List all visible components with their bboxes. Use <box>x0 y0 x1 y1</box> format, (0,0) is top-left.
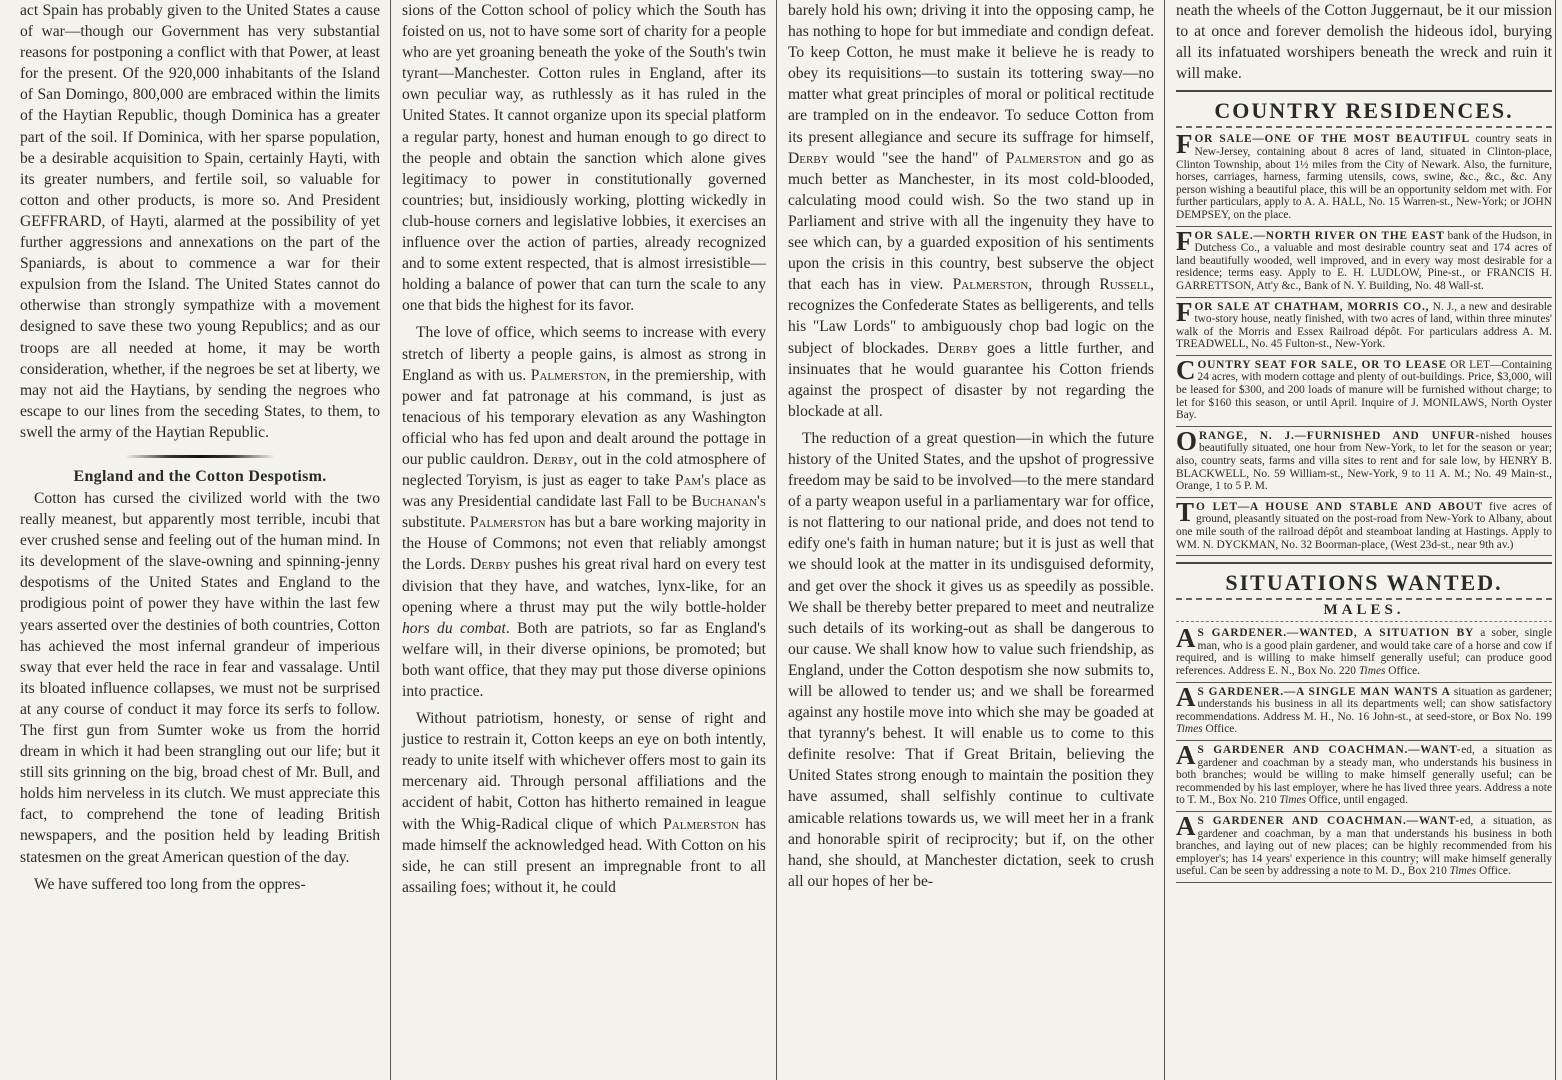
ad-tail: Office. <box>1476 865 1511 877</box>
paragraph-juggernaut: neath the wheels of the Cotton Juggernau… <box>1176 0 1552 84</box>
drop-cap: A <box>1176 815 1196 838</box>
column-4: neath the wheels of the Cotton Juggernau… <box>1166 0 1562 1080</box>
drop-cap: F <box>1176 133 1193 156</box>
drop-cap: O <box>1176 430 1197 453</box>
name-palmerston: Palmerston <box>663 816 739 833</box>
classified-ad: AS GARDENER AND COACHMAN.—WANT-ed, a sit… <box>1176 812 1552 883</box>
drop-cap: A <box>1176 744 1196 767</box>
classified-ad: COUNTRY SEAT FOR SALE, OR TO LEASE OR LE… <box>1176 356 1552 427</box>
ad-tail: Office. <box>1385 665 1420 677</box>
ad-lead: S GARDENER AND COACHMAN.—WANT- <box>1198 815 1460 827</box>
classified-ad: FOR SALE AT CHATHAM, MORRIS CO., N. J., … <box>1176 298 1552 356</box>
article-title: England and the Cotton Despotism. <box>20 468 380 486</box>
name-derby: Derby <box>788 150 829 167</box>
ad-lead: O LET—A HOUSE AND STABLE AND ABOUT <box>1196 501 1483 513</box>
column-3: barely hold his own; driving it into the… <box>778 0 1164 1080</box>
ad-italic: Times <box>1450 865 1477 877</box>
name-palmerston: Palmerston <box>1006 150 1082 167</box>
name-derby: Derby <box>533 451 574 468</box>
classified-ad: AS GARDENER AND COACHMAN.—WANT-ed, a sit… <box>1176 741 1552 812</box>
ad-italic: Times <box>1176 723 1203 735</box>
paragraph-cotton-cursed: Cotton has cursed the civilized world wi… <box>20 488 380 868</box>
ad-italic: Times <box>1279 794 1306 806</box>
ad-lead: S GARDENER AND COACHMAN.—WANT- <box>1198 744 1462 756</box>
column-rule <box>1164 0 1165 1080</box>
section-heading: Country Residences. <box>1176 98 1552 128</box>
paragraph-reduction: The reduction of a great question—in whi… <box>788 428 1154 892</box>
name-buchanan: Buchanan's <box>692 493 766 510</box>
text-run: substitute. <box>402 514 470 531</box>
paragraph-love-of-office: The love of office, which seems to incre… <box>402 322 766 702</box>
name-palmerston: Palmerston <box>531 367 607 384</box>
section-heading: Situations Wanted. <box>1176 570 1552 600</box>
paragraph-without-patriotism: Without patriotism, honesty, or sense of… <box>402 708 766 898</box>
ad-lead: OR SALE—ONE OF THE MOST BEAUTIFUL <box>1195 133 1470 145</box>
classified-ad: TO LET—A HOUSE AND STABLE AND ABOUT five… <box>1176 498 1552 556</box>
paragraph-suffered: We have suffered too long from the oppre… <box>20 874 380 895</box>
text-run: barely hold his own; driving it into the… <box>788 2 1154 146</box>
name-derby: Derby <box>470 556 511 573</box>
drop-cap: A <box>1176 686 1196 709</box>
column-rule <box>776 0 777 1080</box>
text-run: would "see the hand" of <box>829 150 1006 167</box>
drop-cap: C <box>1176 359 1196 382</box>
newspaper-page: act Spain has probably given to the Unit… <box>0 0 1562 1080</box>
drop-cap: A <box>1176 627 1196 650</box>
paragraph-barely-hold: barely hold his own; driving it into the… <box>788 0 1154 422</box>
paragraph-san-domingo: act Spain has probably given to the Unit… <box>20 0 380 443</box>
column-1: act Spain has probably given to the Unit… <box>10 0 390 1080</box>
name-russell: Russell <box>1099 276 1150 293</box>
section-subheading: MALES. <box>1176 602 1552 622</box>
name-derby: Derby <box>938 340 979 357</box>
text-run: , through <box>1028 276 1099 293</box>
classified-ad: ORANGE, N. J.—FURNISHED AND UNFUR-nished… <box>1176 427 1552 498</box>
text-run: and go as much better as Manchester, in … <box>788 150 1154 294</box>
classified-ad: FOR SALE.—NORTH RIVER ON THE EAST bank o… <box>1176 227 1552 298</box>
ad-lead: S GARDENER.—A SINGLE MAN WANTS A <box>1198 686 1451 698</box>
ad-tail: Office. <box>1203 723 1238 735</box>
classified-ad: AS GARDENER.—WANTED, A SITUATION BY a so… <box>1176 624 1552 682</box>
classified-ad: AS GARDENER.—A SINGLE MAN WANTS A situat… <box>1176 683 1552 741</box>
name-palmerston: Palmerston <box>953 276 1029 293</box>
text-run: Without patriotism, honesty, or sense of… <box>402 710 766 832</box>
ad-lead: OR SALE.—NORTH RIVER ON THE EAST <box>1195 230 1445 242</box>
ad-tail: Office, until engaged. <box>1306 794 1408 806</box>
italic-phrase: hors du combat <box>402 620 506 637</box>
ad-italic: Times <box>1359 665 1386 677</box>
drop-cap: F <box>1176 230 1193 253</box>
column-2: sions of the Cotton school of policy whi… <box>392 0 776 1080</box>
ad-lead: OR SALE AT CHATHAM, MORRIS CO., <box>1195 301 1430 313</box>
column-rule <box>390 0 391 1080</box>
paragraph-cotton-school: sions of the Cotton school of policy whi… <box>402 0 766 316</box>
drop-cap: T <box>1176 501 1194 524</box>
ad-text: country seats in New-Jersey, containing … <box>1176 133 1552 221</box>
name-palmerston: Palmerston <box>470 514 546 531</box>
ad-lead: OUNTRY SEAT FOR SALE, OR TO LEASE <box>1198 359 1448 371</box>
section-divider <box>125 455 275 458</box>
ad-lead: S GARDENER.—WANTED, A SITUATION BY <box>1198 627 1475 639</box>
situations-wanted-section: Situations Wanted. MALES. AS GARDENER.—W… <box>1176 562 1552 883</box>
ad-lead: RANGE, N. J.—FURNISHED AND UNFUR- <box>1199 430 1480 442</box>
country-residences-section: Country Residences. FOR SALE—ONE OF THE … <box>1176 90 1552 556</box>
drop-cap: F <box>1176 301 1193 324</box>
name-pam: Pam's <box>675 472 710 489</box>
classified-ad: FOR SALE—ONE OF THE MOST BEAUTIFUL count… <box>1176 130 1552 226</box>
